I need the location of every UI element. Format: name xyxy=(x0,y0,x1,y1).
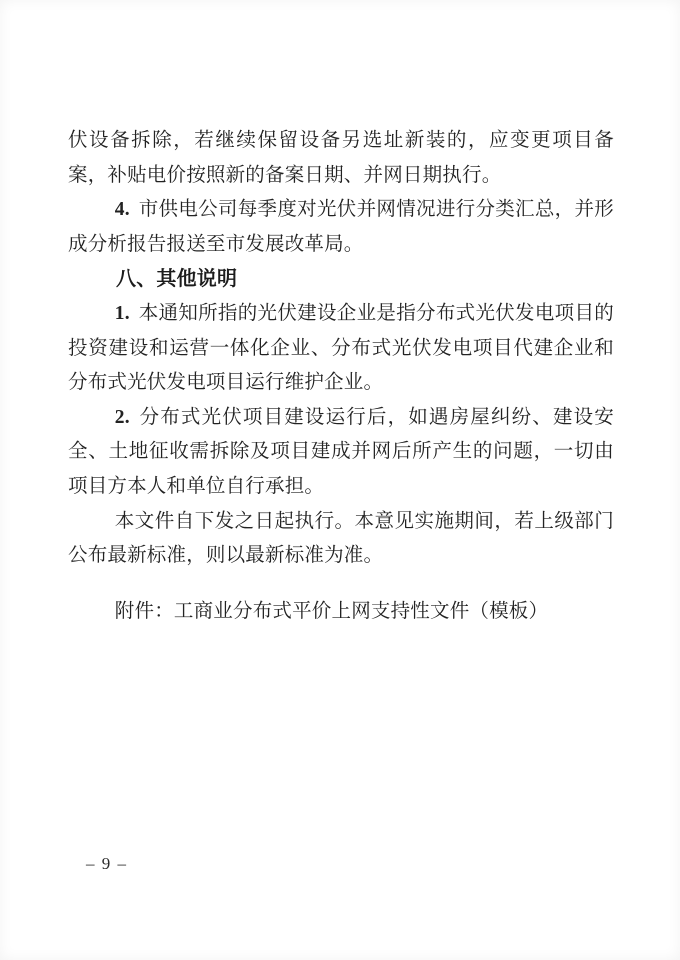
attachment-line: 附件：工商业分布式平价上网支持性文件（模板） xyxy=(68,595,614,630)
item-number-4: 4. xyxy=(115,199,130,220)
paragraph-item-1: 1.本通知所指的光伏建设企业是指分布式光伏发电项目的投资建设和运营一体化企业、分… xyxy=(68,297,614,401)
page-number: – 9 – xyxy=(86,854,128,874)
item-text-2: 分布式光伏项目建设运行后，如遇房屋纠纷、建设安全、土地征收需拆除及项目建成并网后… xyxy=(68,407,614,497)
item-number-2: 2. xyxy=(115,407,130,428)
paragraph-closing: 本文件自下发之日起执行。本意见实施期间，若上级部门公布最新标准，则以最新标准为准… xyxy=(68,505,614,574)
item-text-4: 市供电公司每季度对光伏并网情况进行分类汇总，并形成分析报告报送至市发展改革局。 xyxy=(68,199,614,255)
document-body: 伏设备拆除，若继续保留设备另选址新装的，应变更项目备案，补贴电价按照新的备案日期… xyxy=(68,124,614,629)
section-heading-other-notes: 八、其他说明 xyxy=(68,262,614,297)
paragraph-continuation: 伏设备拆除，若继续保留设备另选址新装的，应变更项目备案，补贴电价按照新的备案日期… xyxy=(68,124,614,193)
item-number-1: 1. xyxy=(115,303,130,324)
document-page: 伏设备拆除，若继续保留设备另选址新装的，应变更项目备案，补贴电价按照新的备案日期… xyxy=(0,0,680,960)
paragraph-item-4: 4.市供电公司每季度对光伏并网情况进行分类汇总，并形成分析报告报送至市发展改革局… xyxy=(68,193,614,262)
paragraph-item-2: 2.分布式光伏项目建设运行后，如遇房屋纠纷、建设安全、土地征收需拆除及项目建成并… xyxy=(68,401,614,505)
item-text-1: 本通知所指的光伏建设企业是指分布式光伏发电项目的投资建设和运营一体化企业、分布式… xyxy=(68,303,614,393)
